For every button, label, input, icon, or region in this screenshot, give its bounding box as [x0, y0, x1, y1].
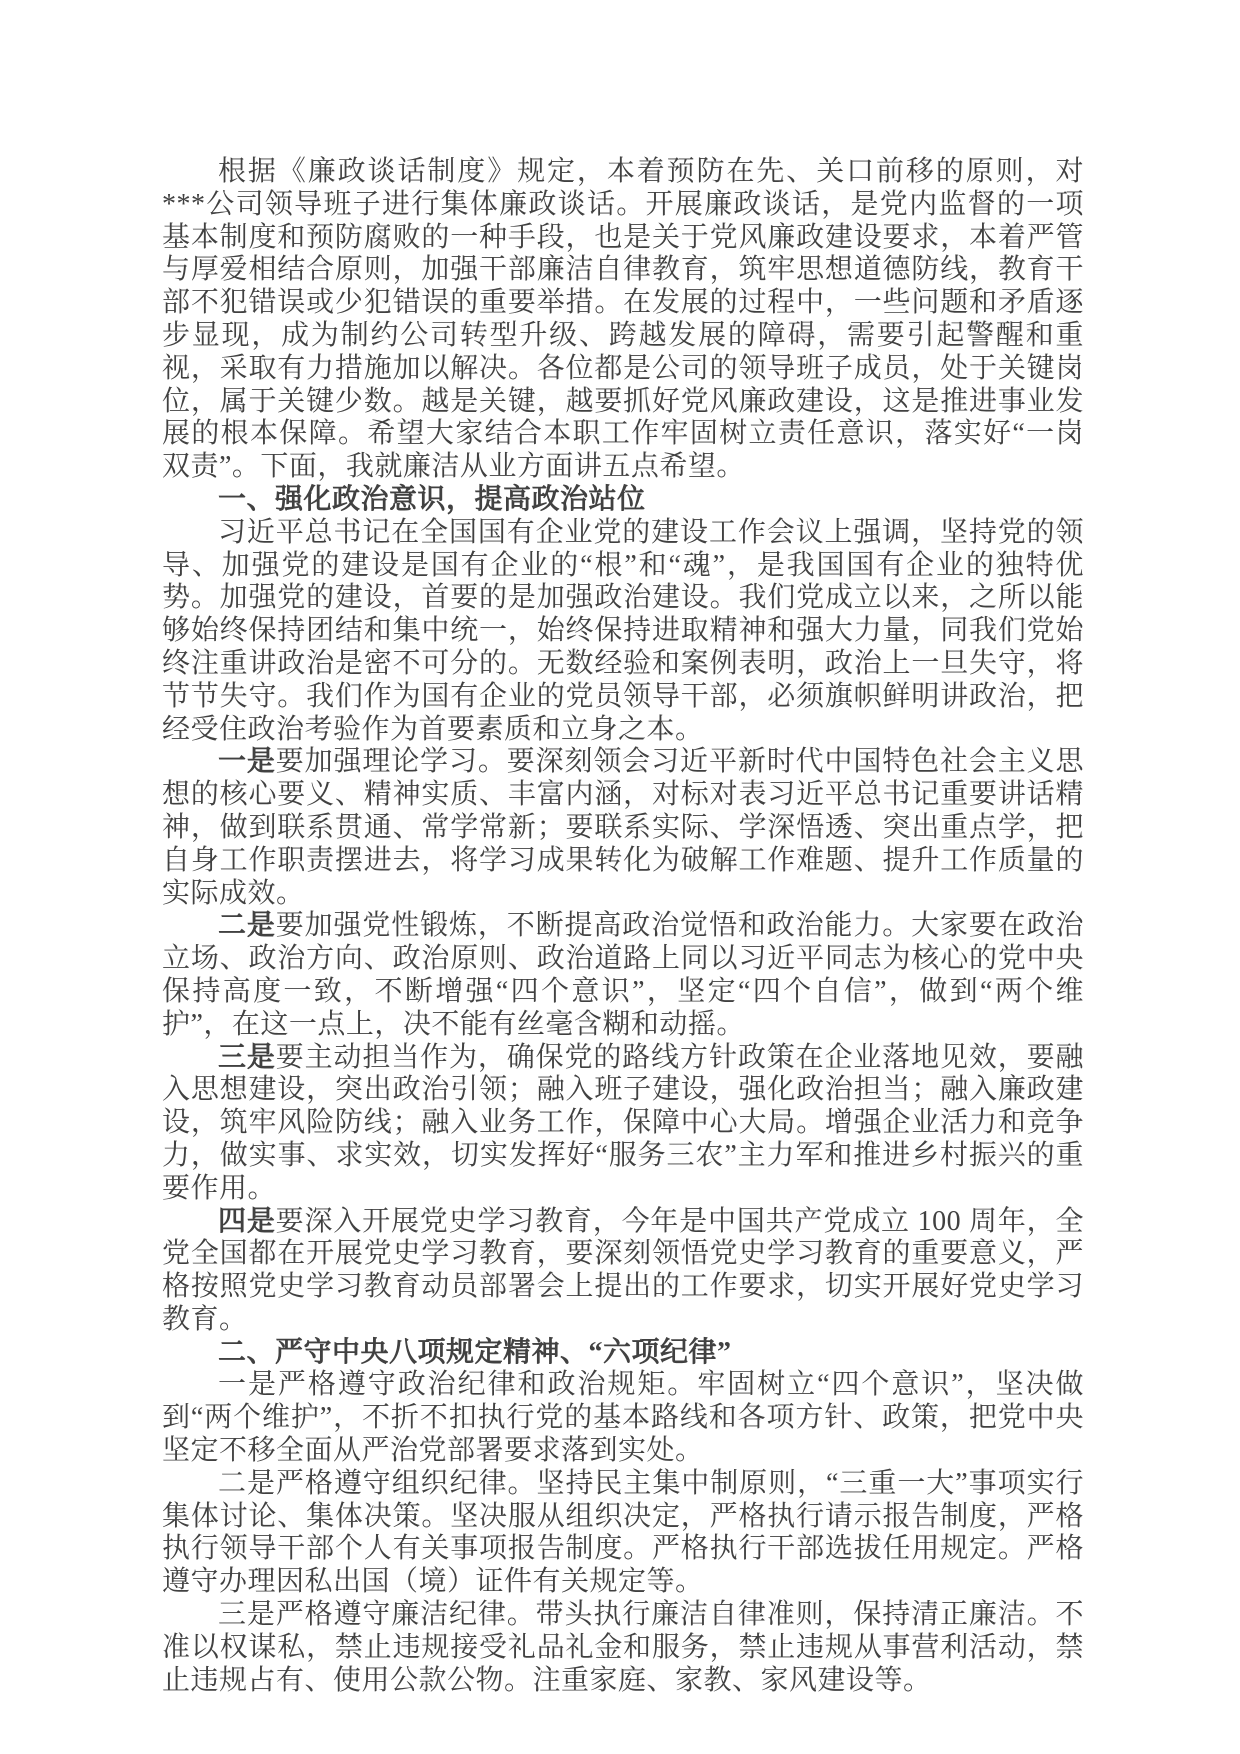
paragraph: 二是严格遵守组织纪律。坚持民主集中制原则，“三重一大”事项实行集体讨论、集体决策…	[162, 1468, 1084, 1599]
paragraph: 四是要深入开展党史学习教育，今年是中国共产党成立 100 周年，全党全国都在开展…	[162, 1206, 1084, 1337]
paragraph-lead: 三是	[218, 1042, 276, 1073]
paragraph-lead: 一是	[218, 746, 276, 777]
section-heading: 二、严守中央八项规定精神、“六项纪律”	[162, 1337, 1084, 1370]
paragraph: 根据《廉政谈话制度》规定，本着预防在先、关口前移的原则，对***公司领导班子进行…	[162, 156, 1084, 484]
paragraph-lead: 二是	[218, 910, 276, 941]
paragraph: 三是要主动担当作为，确保党的路线方针政策在企业落地见效，要融入思想建设，突出政治…	[162, 1042, 1084, 1206]
paragraph-lead: 四是	[218, 1206, 276, 1237]
paragraph: 二是要加强党性锻炼，不断提高政治觉悟和政治能力。大家要在政治立场、政治方向、政治…	[162, 910, 1084, 1041]
paragraph: 习近平总书记在全国国有企业党的建设工作会议上强调，坚持党的领导、加强党的建设是国…	[162, 517, 1084, 747]
paragraph: 三是严格遵守廉洁纪律。带头执行廉洁自律准则，保持清正廉洁。不准以权谋私，禁止违规…	[162, 1599, 1084, 1697]
document-body: 根据《廉政谈话制度》规定，本着预防在先、关口前移的原则，对***公司领导班子进行…	[162, 156, 1084, 1697]
section-heading: 一、强化政治意识，提高政治站位	[162, 484, 1084, 517]
page-background: { "page": { "background": "#ffffff", "te…	[0, 0, 1240, 1754]
paragraph: 一是要加强理论学习。要深刻领会习近平新时代中国特色社会主义思想的核心要义、精神实…	[162, 746, 1084, 910]
paragraph: 一是严格遵守政治纪律和政治规矩。牢固树立“四个意识”，坚决做到“两个维护”，不折…	[162, 1369, 1084, 1467]
